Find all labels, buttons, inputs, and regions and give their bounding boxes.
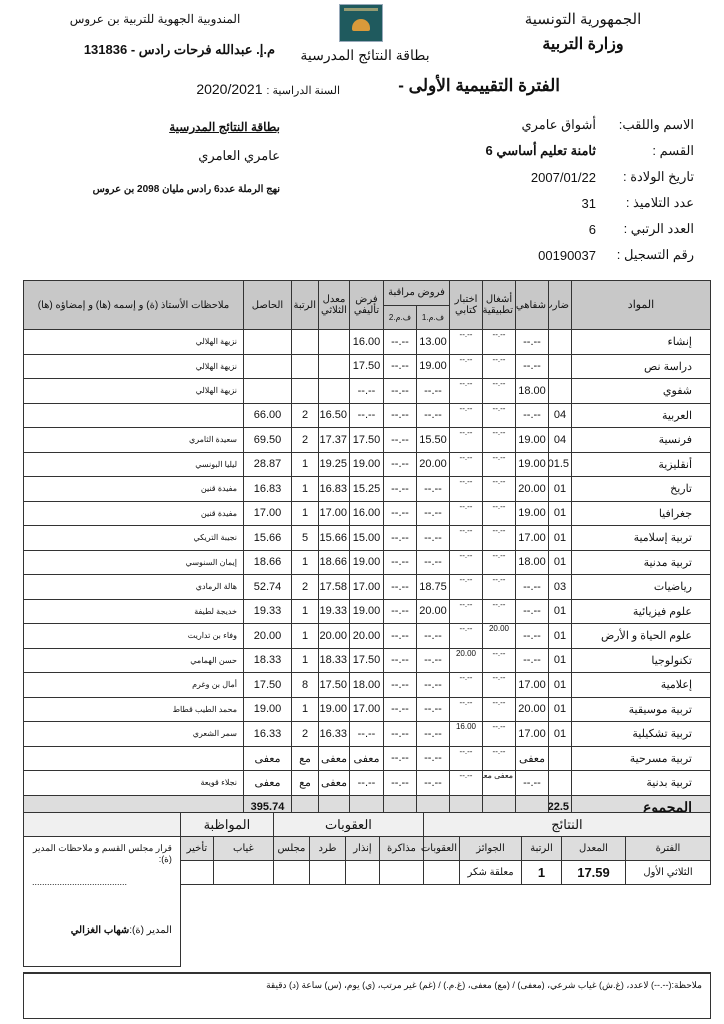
header-synthesis: فرض تأليفي (350, 281, 384, 330)
cell-ds1: --.-- (417, 526, 450, 551)
cell-written: --.-- (450, 550, 483, 575)
table-row: أنقليزية01.519.00--.----.--20.00--.--19.… (24, 452, 711, 477)
birth-label: تاريخ الولادة : (604, 169, 694, 185)
cell-product: 66.00 (244, 403, 292, 428)
table-row: علوم فيزيائية01--.----.----.--20.00--.--… (24, 599, 711, 624)
count-label: عدد التلاميذ : (604, 195, 694, 211)
cell-ds2: --.-- (384, 550, 417, 575)
birth-value: 2007/01/22 (394, 170, 604, 185)
cell-ds2: --.-- (384, 746, 417, 771)
cell-ds2: --.-- (384, 771, 417, 796)
cell-note: سمر الشعري (24, 722, 244, 747)
header-right: الجمهورية التونسية وزارة التربية (498, 10, 668, 54)
cell-note: مفيدة قنين (24, 501, 244, 526)
h-memo: مذاكرة (379, 837, 423, 861)
cell-ds1: --.-- (417, 771, 450, 796)
cell-note: وفاء بن تداريت (24, 624, 244, 649)
cell-coef: 04 (549, 428, 572, 453)
cell-avg: 17.50 (319, 673, 350, 698)
cell-syn: 17.50 (350, 648, 384, 673)
decision-dots: ...................................... (32, 877, 172, 887)
table-row: تربية بدنية--.--معفى معفى--.----.----.--… (24, 771, 711, 796)
header-ds2: ف.م.2 (384, 305, 417, 330)
cell-avg: معفى (319, 771, 350, 796)
cell-written: --.-- (450, 746, 483, 771)
cell-product: معفى (244, 771, 292, 796)
cell-written: --.-- (450, 599, 483, 624)
cell-oral: --.-- (516, 648, 549, 673)
cell-product: 17.50 (244, 673, 292, 698)
cell-avg: 17.37 (319, 428, 350, 453)
cell-subject: تاريخ (572, 477, 711, 502)
cell-rank: 1 (292, 452, 319, 477)
card-title: بطاقة النتائج المدرسية (300, 47, 430, 64)
cell-written: --.-- (450, 403, 483, 428)
cell-ds1: 19.00 (417, 354, 450, 379)
cell-coef: 01 (549, 526, 572, 551)
table-row: تربية مسرحيةمعفى--.----.----.----.--معفى… (24, 746, 711, 771)
cell-ds2: --.-- (384, 624, 417, 649)
cell-tp: --.-- (483, 428, 516, 453)
cell-oral: 20.00 (516, 477, 549, 502)
cell-coef (549, 354, 572, 379)
cell-ds2: --.-- (384, 673, 417, 698)
cell-avg: 19.25 (319, 452, 350, 477)
cell-tp: معفى معفى (483, 771, 516, 796)
cell-oral: --.-- (516, 354, 549, 379)
cell-product: 28.87 (244, 452, 292, 477)
h-avg: المعدل (562, 837, 626, 861)
cell-note: نجيبة التريكي (24, 526, 244, 551)
h-awards: الجوائز (460, 837, 522, 861)
ministry-logo-icon (339, 4, 383, 42)
cell-ds2: --.-- (384, 599, 417, 624)
group-results: النتائج (423, 813, 710, 837)
header-coef: ضارب (549, 281, 572, 330)
cell-tp: --.-- (483, 403, 516, 428)
ministry-label: وزارة التربية (498, 34, 668, 54)
cell-syn: 15.25 (350, 477, 384, 502)
cell-oral: 19.00 (516, 428, 549, 453)
cell-ds2: --.-- (384, 722, 417, 747)
cell-avg: 16.50 (319, 403, 350, 428)
table-row: دراسة نص--.----.----.--19.00--.--17.50نز… (24, 354, 711, 379)
cell-note: نزيهة الهلالي (24, 379, 244, 404)
cell-subject: العربية (572, 403, 711, 428)
cell-oral: --.-- (516, 624, 549, 649)
header-practical: أشغال تطبيقية (483, 281, 516, 330)
h-council: مجلس (273, 837, 309, 861)
cell-coef: 03 (549, 575, 572, 600)
results-table: النتائج العقوبات المواظبة الفترة المعدل … (23, 812, 711, 967)
cell-tp: --.-- (483, 477, 516, 502)
table-row: العربية04--.----.----.----.----.----.--1… (24, 403, 711, 428)
cell-note: إيمان السنوسي (24, 550, 244, 575)
cell-ds2: --.-- (384, 526, 417, 551)
cell-ds1: --.-- (417, 477, 450, 502)
cell-oral: 19.00 (516, 452, 549, 477)
director-name: شهاب الغزالي (71, 925, 130, 936)
cell-rank: 2 (292, 428, 319, 453)
cell-tp: 20.00 (483, 624, 516, 649)
cell-rank: 2 (292, 403, 319, 428)
cell-ds1: --.-- (417, 673, 450, 698)
cell-subject: علوم فيزيائية (572, 599, 711, 624)
cell-oral: 17.00 (516, 673, 549, 698)
cell-subject: تربية مسرحية (572, 746, 711, 771)
cell-syn: 19.00 (350, 452, 384, 477)
name-label: الاسم واللقب: (604, 117, 694, 133)
cell-ds2: --.-- (384, 379, 417, 404)
republic-label: الجمهورية التونسية (498, 10, 668, 28)
cell-coef: 01 (549, 477, 572, 502)
cell-ds2: --.-- (384, 648, 417, 673)
cell-rank: 1 (292, 648, 319, 673)
cell-note: مفيدة قنين (24, 477, 244, 502)
cell-note: أمال بن وغرم (24, 673, 244, 698)
cell-ds2: --.-- (384, 403, 417, 428)
school-code: م.إ. عبدالله فرحات رادس - 131836 (30, 42, 275, 58)
avg-value: 17.59 (562, 861, 626, 885)
header-subject: المواد (572, 281, 711, 330)
cell-rank (292, 354, 319, 379)
cell-rank: 1 (292, 697, 319, 722)
cell-syn: 16.00 (350, 501, 384, 526)
cell-rank: 1 (292, 477, 319, 502)
cell-subject: أنقليزية (572, 452, 711, 477)
cell-subject: إعلامية (572, 673, 711, 698)
cell-written: --.-- (450, 673, 483, 698)
decision-box: قرار مجلس القسم و ملاحظات المدير (ة): ..… (24, 837, 181, 967)
group-penalties: العقوبات (273, 813, 423, 837)
name-value: أشواق عامري (394, 117, 604, 133)
cell-syn: --.-- (350, 771, 384, 796)
cell-note: نزيهة الهلالي (24, 354, 244, 379)
cell-avg (319, 330, 350, 355)
grades-table: المواد ضارب شفاهي أشغال تطبيقية اختبار ك… (23, 280, 711, 820)
cell-note: خديجة لطيفة (24, 599, 244, 624)
table-row: شفوي18.00--.----.----.----.----.--نزيهة … (24, 379, 711, 404)
cell-oral: 18.00 (516, 550, 549, 575)
cell-rank: مع (292, 771, 319, 796)
cell-avg (319, 379, 350, 404)
cell-oral: --.-- (516, 330, 549, 355)
cell-avg: 15.66 (319, 526, 350, 551)
cell-oral: 17.00 (516, 722, 549, 747)
cell-written: 16.00 (450, 722, 483, 747)
cell-product (244, 354, 292, 379)
count-value: 31 (394, 196, 604, 211)
cell-syn: معفى (350, 746, 384, 771)
cell-coef: 01.5 (549, 452, 572, 477)
header-ds1: ف.م.1 (417, 305, 450, 330)
table-row: علوم الحياة و الأرض01--.--20.00--.----.-… (24, 624, 711, 649)
cell-product: 15.66 (244, 526, 292, 551)
cell-written: --.-- (450, 452, 483, 477)
cell-rank: 1 (292, 599, 319, 624)
cell-written: --.-- (450, 697, 483, 722)
table-row: إنشاء--.----.----.--13.00--.--16.00نزيهة… (24, 330, 711, 355)
cell-ds2: --.-- (384, 575, 417, 600)
cell-subject: جغرافيا (572, 501, 711, 526)
cell-syn: 16.00 (350, 330, 384, 355)
cell-note: سعيدة الثامري (24, 428, 244, 453)
cell-written: --.-- (450, 575, 483, 600)
h-penalties: العقوبات (423, 837, 459, 861)
header-written: اختبار كتابي (450, 281, 483, 330)
recipient-address: نهج الرملة عدد6 رادس مليان 2098 بن عروس (90, 184, 280, 195)
table-row: تكنولوجيا01--.----.--20.00--.----.--17.5… (24, 648, 711, 673)
cell-coef: 01 (549, 501, 572, 526)
cell-written: --.-- (450, 330, 483, 355)
cell-coef: 01 (549, 648, 572, 673)
footnote-text: ملاحظة:(--.--) لاعدد، (غ.ش) غياب شرعي، (… (24, 974, 710, 997)
awards-value: معلقة شكر (460, 861, 522, 885)
cell-coef: 01 (549, 624, 572, 649)
cell-product: 19.00 (244, 697, 292, 722)
cell-rank: 1 (292, 550, 319, 575)
h-expel: طرد (309, 837, 345, 861)
cell-written: --.-- (450, 501, 483, 526)
cell-rank (292, 379, 319, 404)
cell-ds1: 20.00 (417, 599, 450, 624)
cell-rank: 2 (292, 575, 319, 600)
recipient-title: بطاقة النتائج المدرسية (90, 120, 280, 134)
cell-syn: 17.50 (350, 354, 384, 379)
cell-avg: 20.00 (319, 624, 350, 649)
cell-ds1: --.-- (417, 746, 450, 771)
cell-note (24, 403, 244, 428)
director-label: المدير (ة): (129, 925, 172, 936)
cell-note: هالة الرمادي (24, 575, 244, 600)
cell-subject: تربية تشكيلية (572, 722, 711, 747)
cell-product: 18.66 (244, 550, 292, 575)
cell-coef: 01 (549, 599, 572, 624)
decision-label: قرار مجلس القسم و ملاحظات المدير (ة): (32, 843, 172, 865)
cell-written: --.-- (450, 354, 483, 379)
reg-label: رقم التسجيل : (604, 247, 694, 263)
student-info: الاسم واللقب:أشواق عامري القسم :ثامنة تع… (394, 112, 694, 268)
cell-written: --.-- (450, 477, 483, 502)
cell-coef: 04 (549, 403, 572, 428)
cell-written: --.-- (450, 379, 483, 404)
cell-product: 16.83 (244, 477, 292, 502)
cell-written: --.-- (450, 771, 483, 796)
cell-oral: 20.00 (516, 697, 549, 722)
cell-coef (549, 330, 572, 355)
cell-written: 20.00 (450, 648, 483, 673)
cell-syn: 17.50 (350, 428, 384, 453)
table-row: تاريخ0120.00--.----.----.----.--15.2516.… (24, 477, 711, 502)
cell-ds2: --.-- (384, 477, 417, 502)
header-rank: الرتبة (292, 281, 319, 330)
cell-subject: تربية موسيقية (572, 697, 711, 722)
cell-subject: رياضيات (572, 575, 711, 600)
cell-avg: 16.83 (319, 477, 350, 502)
cell-rank: 8 (292, 673, 319, 698)
cell-product (244, 330, 292, 355)
h-period: الفترة (626, 837, 711, 861)
cell-coef: 01 (549, 722, 572, 747)
cell-tp: --.-- (483, 697, 516, 722)
cell-oral: --.-- (516, 575, 549, 600)
h-warning: إنذار (345, 837, 379, 861)
cell-subject: دراسة نص (572, 354, 711, 379)
cell-ds1: --.-- (417, 550, 450, 575)
period-value: الثلاثي الأول (626, 861, 711, 885)
cell-rank: 1 (292, 624, 319, 649)
recipient-name: عامري العامري (90, 148, 280, 164)
cell-note: محمد الطيب قطاط (24, 697, 244, 722)
group-attendance: المواظبة (180, 813, 273, 837)
cell-ds1: --.-- (417, 697, 450, 722)
cell-note: نجلاء قويعة (24, 771, 244, 796)
footnote: ملاحظة:(--.--) لاعدد، (غ.ش) غياب شرعي، (… (23, 972, 711, 1019)
cell-syn: 15.00 (350, 526, 384, 551)
h-rank: الرتبة (522, 837, 562, 861)
cell-product: 16.33 (244, 722, 292, 747)
h-late: تأخير (180, 837, 213, 861)
header-avg: معدل الثلاثي (319, 281, 350, 330)
cell-product: 52.74 (244, 575, 292, 600)
cell-ds2: --.-- (384, 428, 417, 453)
cell-tp: --.-- (483, 746, 516, 771)
cell-avg: 18.33 (319, 648, 350, 673)
class-label: القسم : (604, 143, 694, 159)
cell-tp: --.-- (483, 722, 516, 747)
cell-tp: --.-- (483, 648, 516, 673)
cell-avg: 16.33 (319, 722, 350, 747)
cell-note: حسن الهمامي (24, 648, 244, 673)
cell-ds1: --.-- (417, 501, 450, 526)
cell-note: نزيهة الهلالي (24, 330, 244, 355)
order-value: 6 (394, 222, 604, 237)
cell-syn: --.-- (350, 722, 384, 747)
cell-subject: تربية إسلامية (572, 526, 711, 551)
cell-ds2: --.-- (384, 501, 417, 526)
cell-avg: 18.66 (319, 550, 350, 575)
cell-written: --.-- (450, 526, 483, 551)
cell-syn: 19.00 (350, 599, 384, 624)
cell-coef: 01 (549, 673, 572, 698)
cell-ds1: 15.50 (417, 428, 450, 453)
header-notes: ملاحظات الأستاذ (ة) و إسمه (ها) و إمضاؤه… (24, 281, 244, 330)
cell-avg (319, 354, 350, 379)
cell-oral: --.-- (516, 599, 549, 624)
order-label: العدد الرتبي : (604, 221, 694, 237)
cell-ds1: 18.75 (417, 575, 450, 600)
commissariat-label: المندوبية الجهوية للتربية بن عروس (60, 12, 250, 26)
cell-product: 19.33 (244, 599, 292, 624)
cell-subject: إنشاء (572, 330, 711, 355)
cell-syn: 19.00 (350, 550, 384, 575)
cell-rank (292, 330, 319, 355)
header-oral: شفاهي (516, 281, 549, 330)
cell-oral: 17.00 (516, 526, 549, 551)
cell-product: 17.00 (244, 501, 292, 526)
cell-syn: 18.00 (350, 673, 384, 698)
class-value: ثامنة تعليم أساسي 6 (394, 143, 604, 159)
cell-tp: --.-- (483, 575, 516, 600)
header-product: الحاصل (244, 281, 292, 330)
cell-syn: 17.00 (350, 697, 384, 722)
cell-product (244, 379, 292, 404)
reg-value: 00190037 (394, 248, 604, 263)
cell-ds1: --.-- (417, 379, 450, 404)
cell-ds2: --.-- (384, 697, 417, 722)
cell-syn: --.-- (350, 403, 384, 428)
cell-syn: 17.00 (350, 575, 384, 600)
rank-value: 1 (522, 861, 562, 885)
cell-rank: 1 (292, 501, 319, 526)
table-row: إعلامية0117.00--.----.----.----.--18.001… (24, 673, 711, 698)
year-label: السنة الدراسية : (266, 85, 340, 97)
table-row: تربية تشكيلية0117.00--.--16.00--.----.--… (24, 722, 711, 747)
cell-tp: --.-- (483, 673, 516, 698)
cell-tp: --.-- (483, 379, 516, 404)
cell-product: 69.50 (244, 428, 292, 453)
cell-syn: 20.00 (350, 624, 384, 649)
cell-avg: 19.33 (319, 599, 350, 624)
cell-tp: --.-- (483, 599, 516, 624)
cell-ds2: --.-- (384, 330, 417, 355)
cell-note: ليليا البونسي (24, 452, 244, 477)
cell-subject: علوم الحياة و الأرض (572, 624, 711, 649)
cell-subject: تربية مدنية (572, 550, 711, 575)
table-row: جغرافيا0119.00--.----.----.----.--16.001… (24, 501, 711, 526)
cell-oral: 18.00 (516, 379, 549, 404)
table-row: تربية مدنية0118.00--.----.----.----.--19… (24, 550, 711, 575)
cell-written: --.-- (450, 624, 483, 649)
cell-subject: تربية بدنية (572, 771, 711, 796)
table-row: رياضيات03--.----.----.--18.75--.--17.001… (24, 575, 711, 600)
cell-oral: 19.00 (516, 501, 549, 526)
year-value: 2020/2021 (196, 81, 262, 97)
cell-coef: 01 (549, 697, 572, 722)
h-absence: غياب (213, 837, 273, 861)
cell-ds1: 13.00 (417, 330, 450, 355)
cell-product: معفى (244, 746, 292, 771)
school-year: السنة الدراسية : 2020/2021 (150, 81, 340, 97)
cell-product: 18.33 (244, 648, 292, 673)
cell-ds1: 20.00 (417, 452, 450, 477)
cell-tp: --.-- (483, 354, 516, 379)
cell-coef (549, 379, 572, 404)
cell-ds1: --.-- (417, 722, 450, 747)
cell-tp: --.-- (483, 452, 516, 477)
cell-rank: مع (292, 746, 319, 771)
cell-ds1: --.-- (417, 403, 450, 428)
cell-subject: شفوي (572, 379, 711, 404)
cell-coef (549, 746, 572, 771)
cell-oral: معفى (516, 746, 549, 771)
cell-tp: --.-- (483, 550, 516, 575)
cell-tp: --.-- (483, 330, 516, 355)
cell-oral: --.-- (516, 403, 549, 428)
cell-coef: 01 (549, 550, 572, 575)
cell-avg: معفى (319, 746, 350, 771)
cell-coef (549, 771, 572, 796)
cell-ds2: --.-- (384, 452, 417, 477)
cell-written: --.-- (450, 428, 483, 453)
cell-oral: --.-- (516, 771, 549, 796)
table-row: تربية موسيقية0120.00--.----.----.----.--… (24, 697, 711, 722)
cell-rank: 2 (292, 722, 319, 747)
table-row: تربية إسلامية0117.00--.----.----.----.--… (24, 526, 711, 551)
cell-note (24, 746, 244, 771)
recipient-block: بطاقة النتائج المدرسية عامري العامري نهج… (90, 120, 280, 195)
cell-ds2: --.-- (384, 354, 417, 379)
